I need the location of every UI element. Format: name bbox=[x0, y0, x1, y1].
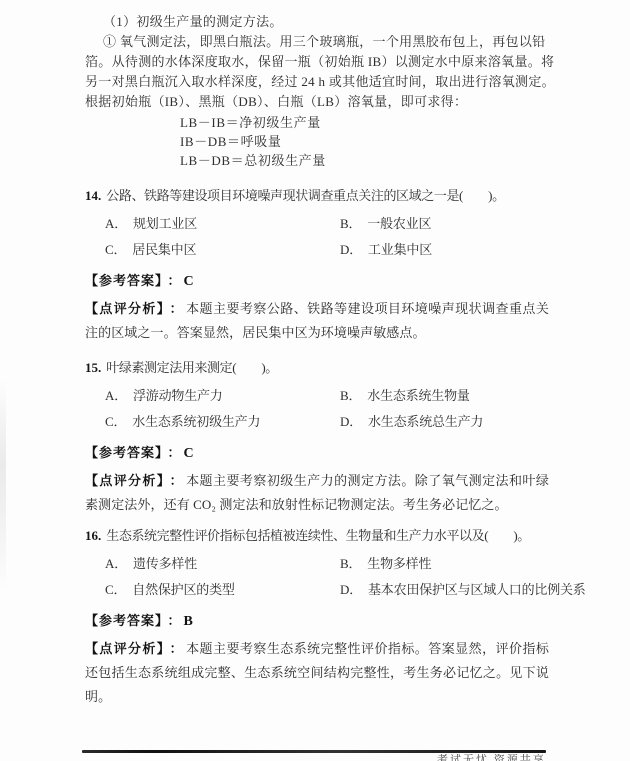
option-label: D． bbox=[340, 582, 362, 597]
footer-rule bbox=[82, 750, 546, 753]
analysis-paragraph: 【点评分析】：本题主要考察生态系统完整性评价指标。答案显然，评价指标还包括生态系… bbox=[85, 637, 549, 709]
question-14: 14.公路、铁路等建设项目环境噪声现状调查重点关注的区域之一是( )。 A．规划… bbox=[85, 186, 549, 345]
option-a: A．遗传多样性 bbox=[105, 553, 340, 579]
answer-letter: C bbox=[184, 274, 194, 289]
option-label: C． bbox=[105, 242, 126, 257]
question-number: 15. bbox=[85, 360, 101, 375]
analysis-label: 【点评分析】 bbox=[85, 641, 165, 656]
question-16: 16.生态系统完整性评价指标包括植被连续性、生物量和生产力水平以及( )。 A．… bbox=[85, 526, 549, 709]
option-label: D． bbox=[340, 242, 362, 257]
option-label: B． bbox=[340, 556, 361, 571]
option-label: A． bbox=[105, 216, 127, 231]
option-b: B．一般农业区 bbox=[340, 213, 549, 239]
question-stem: 15.叶绿素测定法用来测定( )。 bbox=[85, 358, 549, 377]
reference-answer-label: 【参考答案】 bbox=[85, 445, 163, 460]
analysis-label: 【点评分析】 bbox=[85, 301, 165, 316]
intro-paragraph-line: 箔。从待测的水体深度取水，保留一瓶（初始瓶 IB）以测定水中原来溶氧量。将 bbox=[85, 52, 549, 72]
option-text: 浮游动物生产力 bbox=[133, 388, 223, 403]
intro-heading: （1）初级生产量的测定方法。 bbox=[85, 12, 549, 32]
option-label: A． bbox=[105, 388, 127, 403]
formula-net-primary-production: LB－IB＝净初级生产量 bbox=[180, 113, 549, 132]
formula-gross-primary-production: LB－DB＝总初级生产量 bbox=[180, 151, 549, 170]
option-label: B． bbox=[340, 216, 361, 231]
formula-block: LB－IB＝净初级生产量 IB－DB＝呼吸量 LB－DB＝总初级生产量 bbox=[180, 113, 549, 170]
option-text: 水生态系统总生产力 bbox=[368, 414, 483, 429]
answer-letter: C bbox=[184, 446, 194, 461]
option-text: 一般农业区 bbox=[367, 216, 431, 231]
option-text: 居民集中区 bbox=[132, 242, 196, 257]
colon-separator: ： bbox=[168, 613, 181, 628]
option-b: B．水生态系统生物量 bbox=[340, 385, 549, 411]
options-grid: A．遗传多样性 B．生物多样性 C．自然保护区的类型 D．基本农田保护区与区域人… bbox=[85, 553, 549, 605]
intro-paragraph-line: ① 氧气测定法，即黑白瓶法。用三个玻璃瓶，一个用黑胶布包上，再包以铅 bbox=[85, 32, 549, 52]
option-c: C．水生态系统初级生产力 bbox=[105, 411, 340, 437]
question-15: 15.叶绿素测定法用来测定( )。 A．浮游动物生产力 B．水生态系统生物量 C… bbox=[85, 358, 549, 517]
reference-answer-label: 【参考答案】 bbox=[85, 613, 163, 628]
option-a: A．浮游动物生产力 bbox=[105, 385, 340, 411]
option-text: 自然保护区的类型 bbox=[132, 582, 234, 597]
option-text: 水生态系统初级生产力 bbox=[132, 414, 260, 429]
document-page: （1）初级生产量的测定方法。 ① 氧气测定法，即黑白瓶法。用三个玻璃瓶，一个用黑… bbox=[0, 0, 630, 761]
option-c: C．自然保护区的类型 bbox=[105, 579, 340, 605]
colon-separator: ： bbox=[168, 273, 181, 288]
colon-separator: ： bbox=[170, 301, 183, 316]
option-text: 生物多样性 bbox=[367, 556, 431, 571]
answer-letter: B bbox=[184, 614, 193, 629]
option-label: D． bbox=[340, 414, 362, 429]
option-b: B．生物多样性 bbox=[340, 553, 586, 579]
option-d: D．工业集中区 bbox=[340, 239, 549, 265]
option-d: D．基本农田保护区与区域人口的比例关系 bbox=[340, 579, 586, 605]
question-text: 叶绿素测定法用来测定( )。 bbox=[106, 360, 278, 375]
colon-separator: ： bbox=[170, 473, 183, 488]
question-text: 生态系统完整性评价指标包括植被连续性、生物量和生产力水平以及( )。 bbox=[106, 528, 530, 543]
intro-paragraph-line: 另一对黑白瓶沉入取水样深度，经过 24 h 或其他适宜时间，取出进行溶氧测定。 bbox=[85, 72, 549, 92]
option-c: C．居民集中区 bbox=[105, 239, 340, 265]
option-a: A．规划工业区 bbox=[105, 213, 340, 239]
question-text: 公路、铁路等建设项目环境噪声现状调查重点关注的区域之一是( )。 bbox=[106, 188, 504, 203]
footer-watermark: 考试无忧 资源共享 bbox=[437, 754, 587, 761]
option-label: C． bbox=[105, 582, 126, 597]
colon-separator: ： bbox=[170, 641, 183, 656]
option-label: A． bbox=[105, 556, 127, 571]
option-text: 水生态系统生物量 bbox=[367, 388, 469, 403]
reference-answer-line: 【参考答案】：C bbox=[85, 443, 549, 464]
question-number: 14. bbox=[85, 188, 101, 203]
formula-respiration: IB－DB＝呼吸量 bbox=[180, 132, 549, 151]
reference-answer-label: 【参考答案】 bbox=[85, 273, 163, 288]
scan-edge-smudge bbox=[0, 380, 6, 590]
options-grid: A．规划工业区 B．一般农业区 C．居民集中区 D．工业集中区 bbox=[85, 213, 549, 265]
option-d: D．水生态系统总生产力 bbox=[340, 411, 549, 437]
analysis-paragraph: 【点评分析】：本题主要考察公路、铁路等建设项目环境噪声现状调查重点关注的区域之一… bbox=[85, 297, 549, 345]
options-grid: A．浮游动物生产力 B．水生态系统生物量 C．水生态系统初级生产力 D．水生态系… bbox=[85, 385, 549, 437]
option-text: 基本农田保护区与区域人口的比例关系 bbox=[368, 582, 586, 597]
option-text: 规划工业区 bbox=[133, 216, 197, 231]
intro-section: （1）初级生产量的测定方法。 ① 氧气测定法，即黑白瓶法。用三个玻璃瓶，一个用黑… bbox=[85, 12, 549, 170]
option-text: 工业集中区 bbox=[368, 242, 432, 257]
reference-answer-line: 【参考答案】：C bbox=[85, 271, 549, 292]
reference-answer-line: 【参考答案】：B bbox=[85, 611, 549, 632]
analysis-label: 【点评分析】 bbox=[85, 473, 165, 488]
analysis-paragraph: 【点评分析】：本题主要考察初级生产力的测定方法。除了氧气测定法和叶绿素测定法外，… bbox=[85, 469, 549, 517]
option-text: 遗传多样性 bbox=[133, 556, 197, 571]
question-stem: 14.公路、铁路等建设项目环境噪声现状调查重点关注的区域之一是( )。 bbox=[85, 186, 549, 205]
question-stem: 16.生态系统完整性评价指标包括植被连续性、生物量和生产力水平以及( )。 bbox=[85, 526, 549, 545]
intro-paragraph-line: 根据初始瓶（IB）、黑瓶（DB）、白瓶（LB）溶氧量，即可求得： bbox=[85, 92, 549, 112]
option-label: C． bbox=[105, 414, 126, 429]
option-label: B． bbox=[340, 388, 361, 403]
colon-separator: ： bbox=[168, 445, 181, 460]
question-number: 16. bbox=[85, 528, 101, 543]
